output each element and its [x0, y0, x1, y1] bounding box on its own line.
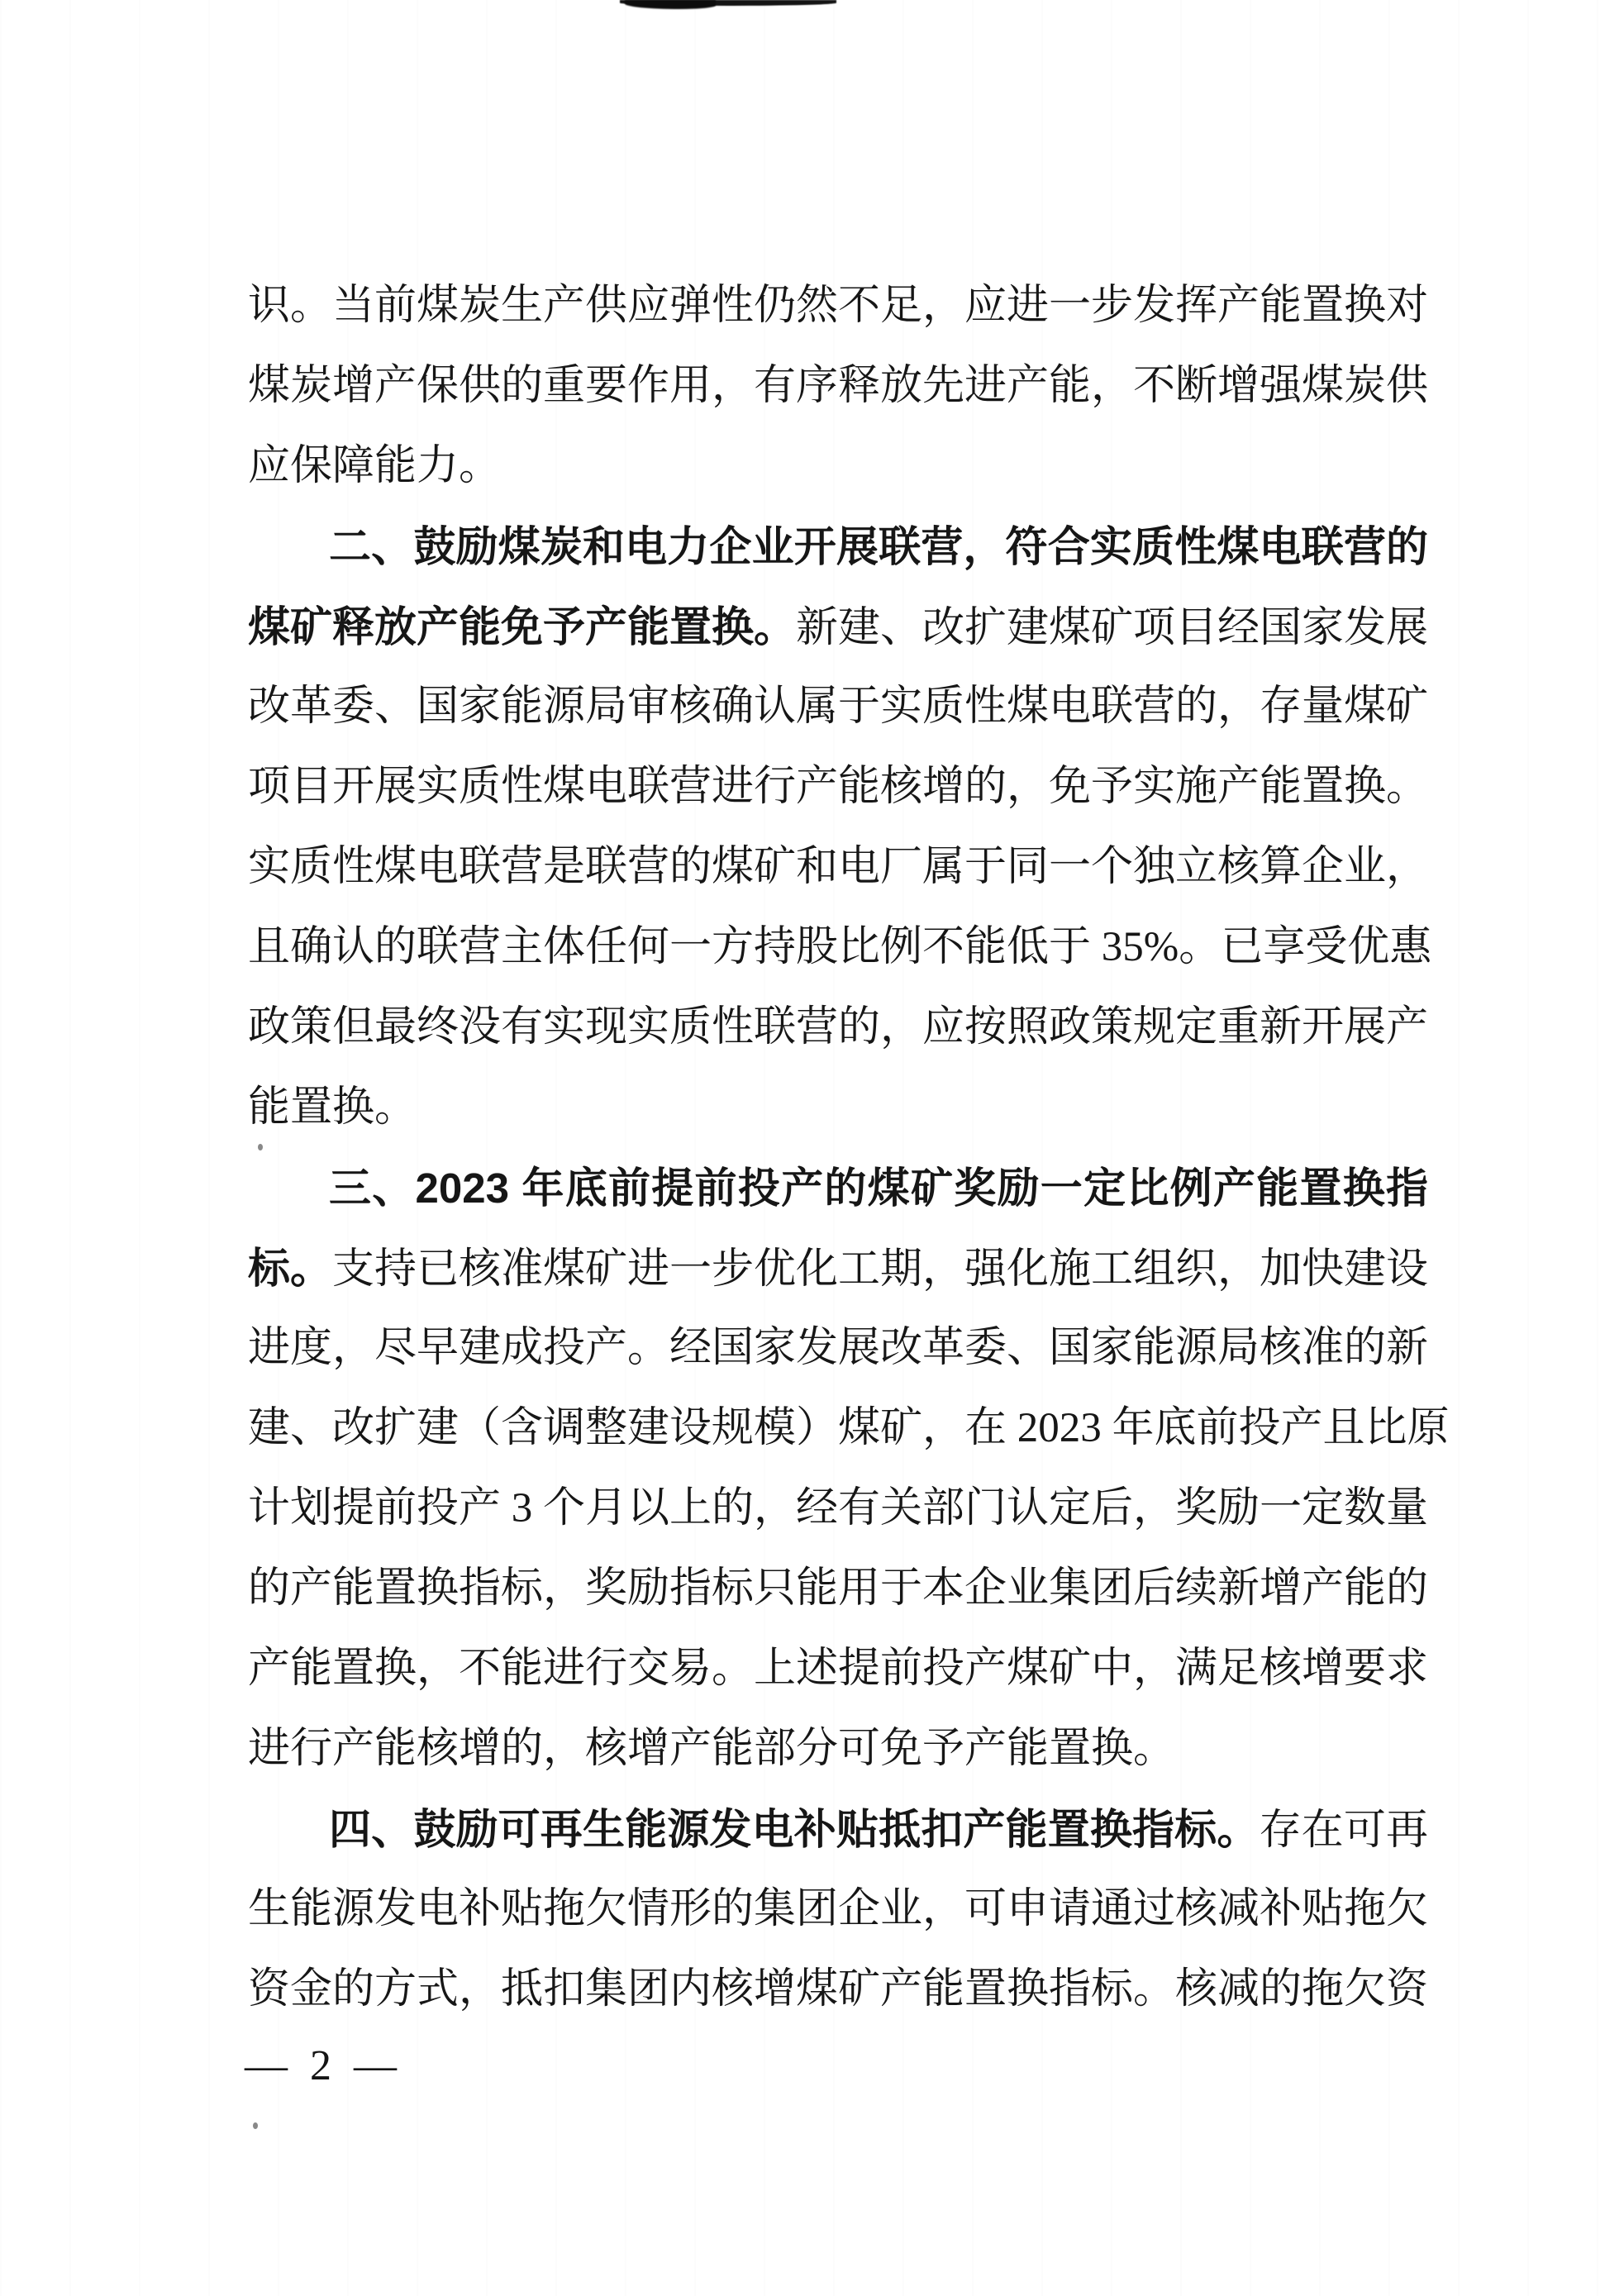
- scan-smear-artifact: [625, 0, 716, 9]
- text-segment: 计划提前投产 3 个月以上的，经有关部门认定后，奖励一定数量: [248, 1485, 1428, 1531]
- text-segment: 煤矿释放产能免予产能置换。: [248, 603, 796, 650]
- text-segment: 能置换。: [248, 1084, 417, 1131]
- text-line: 进行产能核增的，核增产能部分可免予产能置换。: [248, 1709, 1428, 1789]
- text-segment: 进行产能核增的，核增产能部分可免予产能置换。: [248, 1726, 1175, 1772]
- text-line: 应保障能力。: [248, 426, 1428, 507]
- text-line: 二、鼓励煤炭和电力企业开展联营，符合实质性煤电联营的: [248, 507, 1428, 587]
- text-segment: 新建、改扩建煤矿项目经国家发展: [796, 605, 1428, 651]
- text-segment: 二、鼓励煤炭和电力企业开展联营，符合实质性煤电联营的: [329, 523, 1428, 570]
- text-segment: 生能源发电补贴拖欠情形的集团企业，可申请通过核减补贴拖欠: [248, 1886, 1428, 1932]
- text-line: 四、鼓励可再生能源发电补贴抵扣产能置换指标。存在可再: [248, 1789, 1428, 1870]
- text-segment: 项目开展实质性煤电联营进行产能核增的，免予实施产能置换。: [248, 764, 1428, 810]
- text-line: 建、改扩建（含调整建设规模）煤矿，在 2023 年底前投产且比原: [248, 1389, 1428, 1469]
- scan-dot-artifact: [253, 2122, 258, 2129]
- text-line: 煤矿释放产能免予产能置换。新建、改扩建煤矿项目经国家发展: [248, 587, 1428, 667]
- text-line: 的产能置换指标，奖励指标只能用于本企业集团后续新增产能的: [248, 1549, 1428, 1629]
- text-segment: 应保障能力。: [248, 443, 501, 489]
- text-line: 生能源发电补贴拖欠情形的集团企业，可申请通过核减补贴拖欠: [248, 1870, 1428, 1950]
- text-line: 政策但最终没有实现实质性联营的，应按照政策规定重新开展产: [248, 988, 1428, 1068]
- text-line: 实质性煤电联营是联营的煤矿和电厂属于同一个独立核算企业，: [248, 827, 1428, 907]
- text-segment: 产能置换，不能进行交易。上述提前投产煤矿中，满足核增要求: [248, 1646, 1428, 1692]
- text-segment: 政策但最终没有实现实质性联营的，应按照政策规定重新开展产: [248, 1004, 1428, 1050]
- text-segment: 改革委、国家能源局审核确认属于实质性煤电联营的，存量煤矿: [248, 684, 1428, 730]
- text-segment: 煤炭增产保供的重要作用，有序释放先进产能，不断增强煤炭供: [248, 363, 1428, 409]
- text-line: 能置换。: [248, 1068, 1428, 1148]
- text-segment: 且确认的联营主体任何一方持股比例不能低于 35%。已享受优惠: [248, 924, 1431, 970]
- text-segment: 建、改扩建（含调整建设规模）煤矿，在 2023 年底前投产且比原: [248, 1405, 1450, 1451]
- text-segment: 的产能置换指标，奖励指标只能用于本企业集团后续新增产能的: [248, 1565, 1428, 1612]
- document-lines: 识。当前煤炭生产供应弹性仍然不足，应进一步发挥产能置换对煤炭增产保供的重要作用，…: [248, 266, 1428, 2030]
- scanned-page: 识。当前煤炭生产供应弹性仍然不足，应进一步发挥产能置换对煤炭增产保供的重要作用，…: [0, 0, 1624, 2296]
- text-segment: 标。: [248, 1245, 332, 1292]
- text-segment: 进度，尽早建成投产。经国家发展改革委、国家能源局核准的新: [248, 1325, 1428, 1371]
- text-segment: 三、2023 年底前提前投产的煤矿奖励一定比例产能置换指: [329, 1165, 1428, 1212]
- page-number: — 2 —: [245, 2035, 402, 2098]
- text-line: 产能置换，不能进行交易。上述提前投产煤矿中，满足核增要求: [248, 1629, 1428, 1709]
- text-line: 进度，尽早建成投产。经国家发展改革委、国家能源局核准的新: [248, 1308, 1428, 1389]
- text-line: 且确认的联营主体任何一方持股比例不能低于 35%。已享受优惠: [248, 907, 1428, 988]
- text-line: 煤炭增产保供的重要作用，有序释放先进产能，不断增强煤炭供: [248, 346, 1428, 426]
- scan-dot-artifact: [258, 1144, 263, 1150]
- text-line: 项目开展实质性煤电联营进行产能核增的，免予实施产能置换。: [248, 747, 1428, 827]
- text-line: 资金的方式，抵扣集团内核增煤矿产能置换指标。核减的拖欠资: [248, 1950, 1428, 2030]
- text-segment: 支持已核准煤矿进一步优化工期，强化施工组织，加快建设: [332, 1246, 1428, 1293]
- text-segment: 存在可再: [1260, 1808, 1428, 1854]
- text-line: 标。支持已核准煤矿进一步优化工期，强化施工组织，加快建设: [248, 1228, 1428, 1308]
- text-segment: 识。当前煤炭生产供应弹性仍然不足，应进一步发挥产能置换对: [248, 283, 1428, 329]
- text-line: 计划提前投产 3 个月以上的，经有关部门认定后，奖励一定数量: [248, 1469, 1428, 1549]
- text-line: 识。当前煤炭生产供应弹性仍然不足，应进一步发挥产能置换对: [248, 266, 1428, 346]
- text-line: 三、2023 年底前提前投产的煤矿奖励一定比例产能置换指: [248, 1148, 1428, 1228]
- text-segment: 资金的方式，抵扣集团内核增煤矿产能置换指标。核减的拖欠资: [248, 1966, 1428, 2013]
- text-segment: 四、鼓励可再生能源发电补贴抵扣产能置换指标。: [329, 1806, 1260, 1853]
- text-line: 改革委、国家能源局审核确认属于实质性煤电联营的，存量煤矿: [248, 667, 1428, 747]
- text-segment: 实质性煤电联营是联营的煤矿和电厂属于同一个独立核算企业，: [248, 844, 1428, 890]
